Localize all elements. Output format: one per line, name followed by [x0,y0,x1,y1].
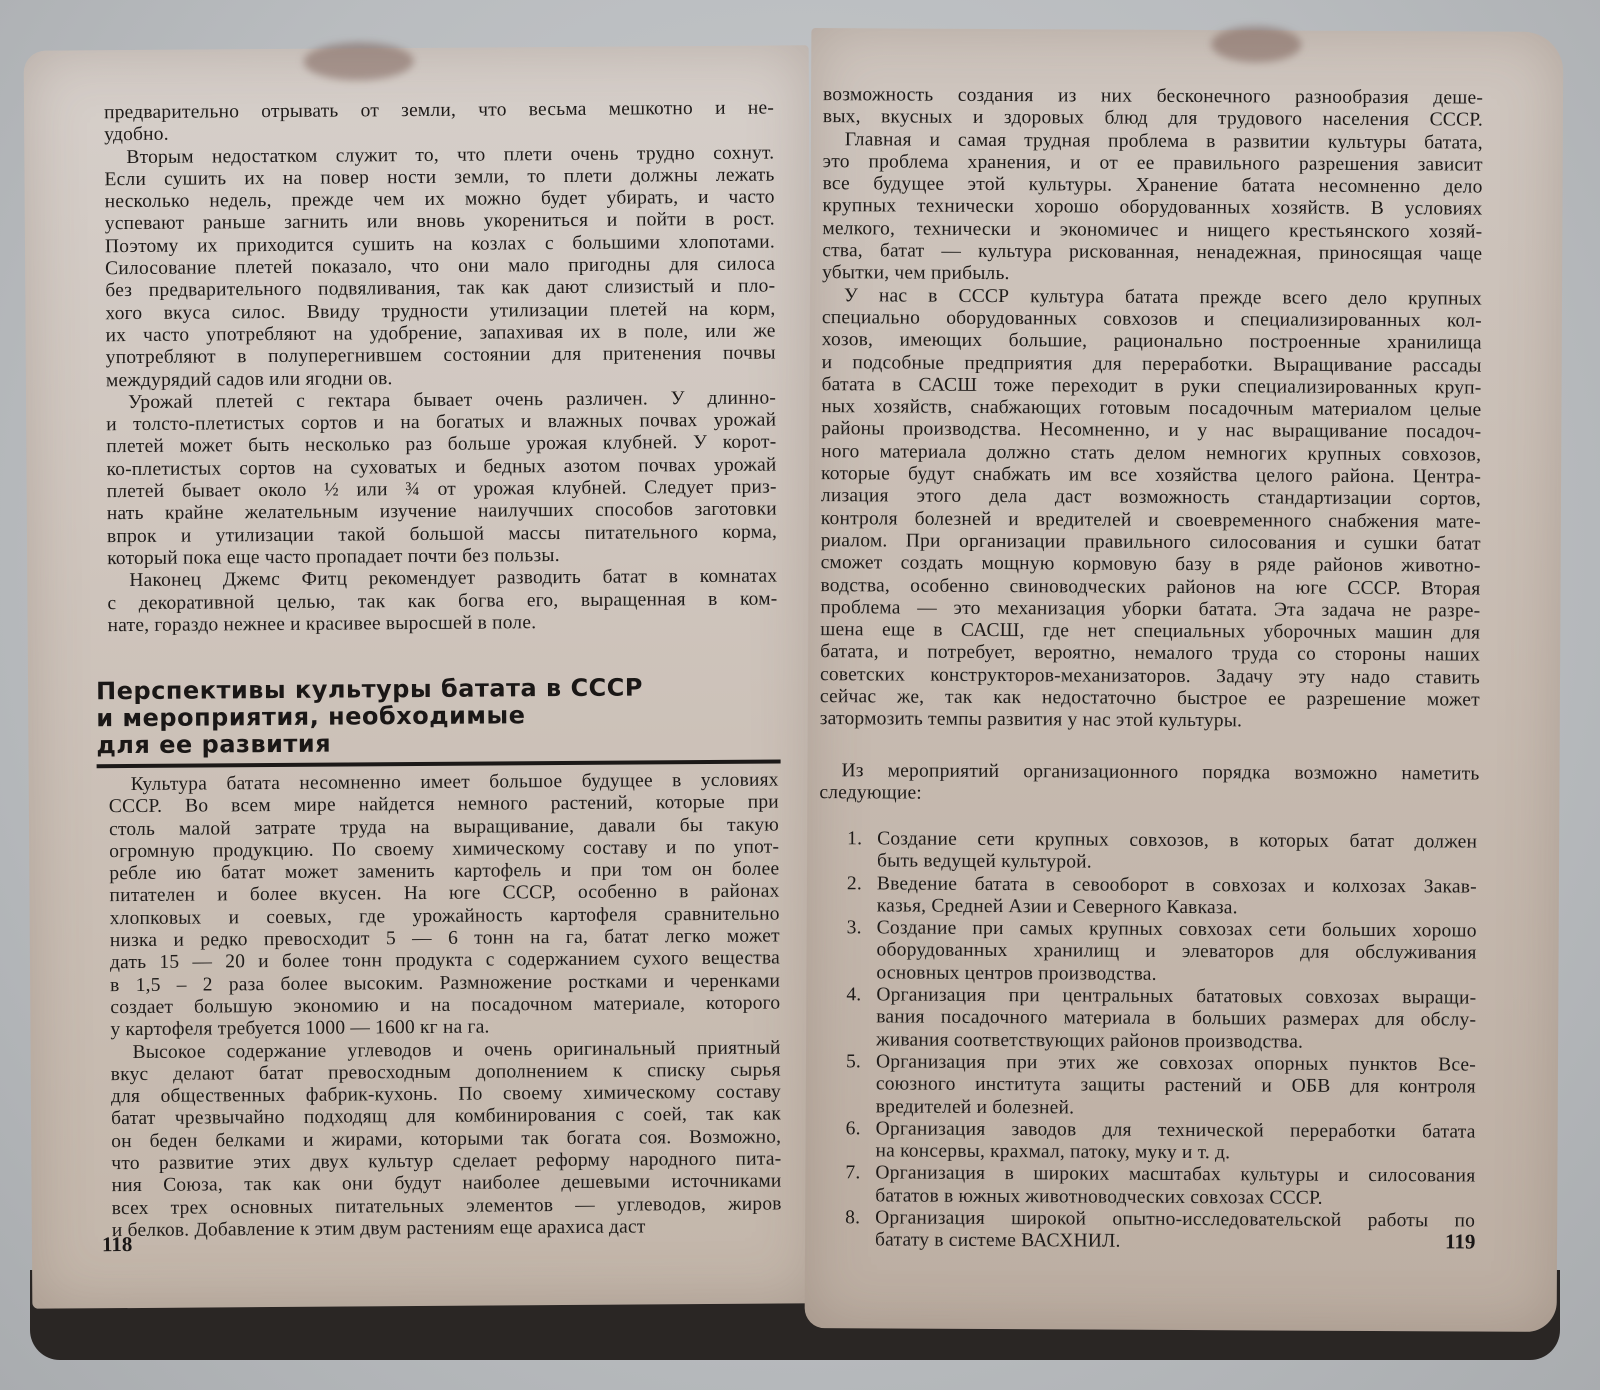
text-line: впрок и утилизации такой большой массы п… [107,521,777,548]
list-item-line: живания соответствующих районов производ… [876,1029,1476,1054]
text-line: убытки, чем прибыль. [822,262,1482,288]
text-line: сможет создать мощную кормовую базу в ря… [821,552,1481,578]
page-stain [304,42,414,81]
list-item-line: вредителей и болезней. [876,1096,1476,1121]
section-body-text: Культура батата несомненно имеет большое… [109,770,782,1243]
list-number: 8. [845,1207,860,1229]
list-item-line: казья, Средней Азии и Северного Кавказа. [877,895,1477,920]
list-number: 7. [845,1163,860,1185]
list-item-line: Организация в широких масштабах культуры… [875,1163,1475,1188]
list-number: 4. [846,984,861,1006]
measures-list: 1.Создание сети крупных совхозов, в кото… [845,828,1477,1255]
right-page-body-text: возможность создания из них бесконечного… [820,84,1483,734]
list-intro-text: Из мероприятий организационного порядка … [819,760,1479,808]
right-page: возможность создания из них бесконечного… [805,28,1564,1332]
text-line: и белков. Добавление к этим двум растени… [112,1215,782,1242]
list-item-line: на консервы, крахмал, патоку, муку и т. … [875,1141,1475,1166]
text-line: следующие: [819,782,1479,808]
list-item: 7.Организация в широких масштабах культу… [845,1163,1475,1211]
list-item-line: оборудованных хранилищ и элеваторов для … [877,940,1477,965]
text-line: и подсобные предприятия для переработки.… [822,352,1482,378]
list-item-line: Создание сети крупных совхозов, в которы… [877,828,1477,853]
list-item-line: Организация при центральных бататовых со… [876,984,1476,1009]
list-item-line: бататов в южных животноводческих совхоза… [875,1185,1475,1210]
text-line: затормозить темпы развития у нас этой ку… [820,708,1480,734]
list-item-line: Организация при этих же совхозах опорных… [876,1051,1476,1076]
list-number: 2. [847,873,862,895]
heading-divider [97,759,781,768]
list-item-line: Организация заводов для технической пере… [876,1118,1476,1143]
list-item-line: основных центров производства. [876,962,1476,987]
text-line: употребляют в полуперегнившем состоянии … [106,343,776,370]
list-item-line: Введение батата в севооборот в совхозах … [877,873,1477,898]
list-item: 6.Организация заводов для технической пе… [845,1118,1475,1166]
list-item: 2.Введение батата в севооборот в совхоза… [847,873,1477,921]
text-line: хозов, имеющих большие, рационально пост… [822,329,1482,355]
list-item-line: батату в системе ВАСХНИЛ. [875,1230,1475,1255]
list-item-line: союзного института защиты растений и ОБВ… [876,1074,1476,1099]
heading-line: для ее развития [96,727,786,759]
list-item: 1.Создание сети крупных совхозов, в кото… [847,828,1477,876]
text-line: водства, особенно свиноводческих районов… [820,575,1480,601]
list-number: 1. [847,828,862,850]
text-line: всех трех основных питательных элементов… [112,1193,782,1220]
text-line: крупных технически хорошо оборудованных … [822,196,1482,222]
page-number: 119 [1445,1229,1475,1254]
page-number: 118 [102,1232,133,1257]
text-line: батата, и потребует, вероятно, немалого … [820,642,1480,668]
list-number: 3. [847,917,862,939]
list-item: 8.Организация широкой опытно-исследовате… [845,1207,1475,1255]
list-number: 6. [846,1118,861,1140]
list-item: 5.Организация при этих же совхозах опорн… [846,1051,1476,1121]
list-item-line: Создание при самых крупных совхозах сети… [877,918,1477,943]
list-item-line: вания посадочного материала в больших ра… [876,1007,1476,1032]
list-item: 3.Создание при самых крупных совхозах се… [846,917,1476,987]
text-line: районы производства. Несомненно, и у нас… [821,419,1481,445]
section-heading: Перспективы культуры батата в СССР и мер… [96,673,787,759]
text-line: вых, вкусных и здоровых блюд для трудово… [823,106,1483,132]
text-line: нате, гораздо нежнее и красивее выросшей… [108,610,778,637]
left-page: предварительно отрывать от земли, что ве… [24,45,818,1308]
text-line: лизация этого дела даст возможность стан… [821,485,1481,511]
list-item-line: Организация широкой опытно-исследователь… [875,1207,1475,1232]
page-stain [1211,26,1301,62]
text-line: с декоративной целью, так как богва его,… [107,588,777,615]
text-line: Главная и самая трудная проблема в разви… [823,129,1483,155]
list-number: 5. [846,1051,861,1073]
list-item-line: быть ведущей культурой. [877,851,1477,876]
left-page-body-text: предварительно отрывать от земли, что ве… [104,98,778,638]
list-item: 4.Организация при центральных бататовых … [846,984,1476,1054]
